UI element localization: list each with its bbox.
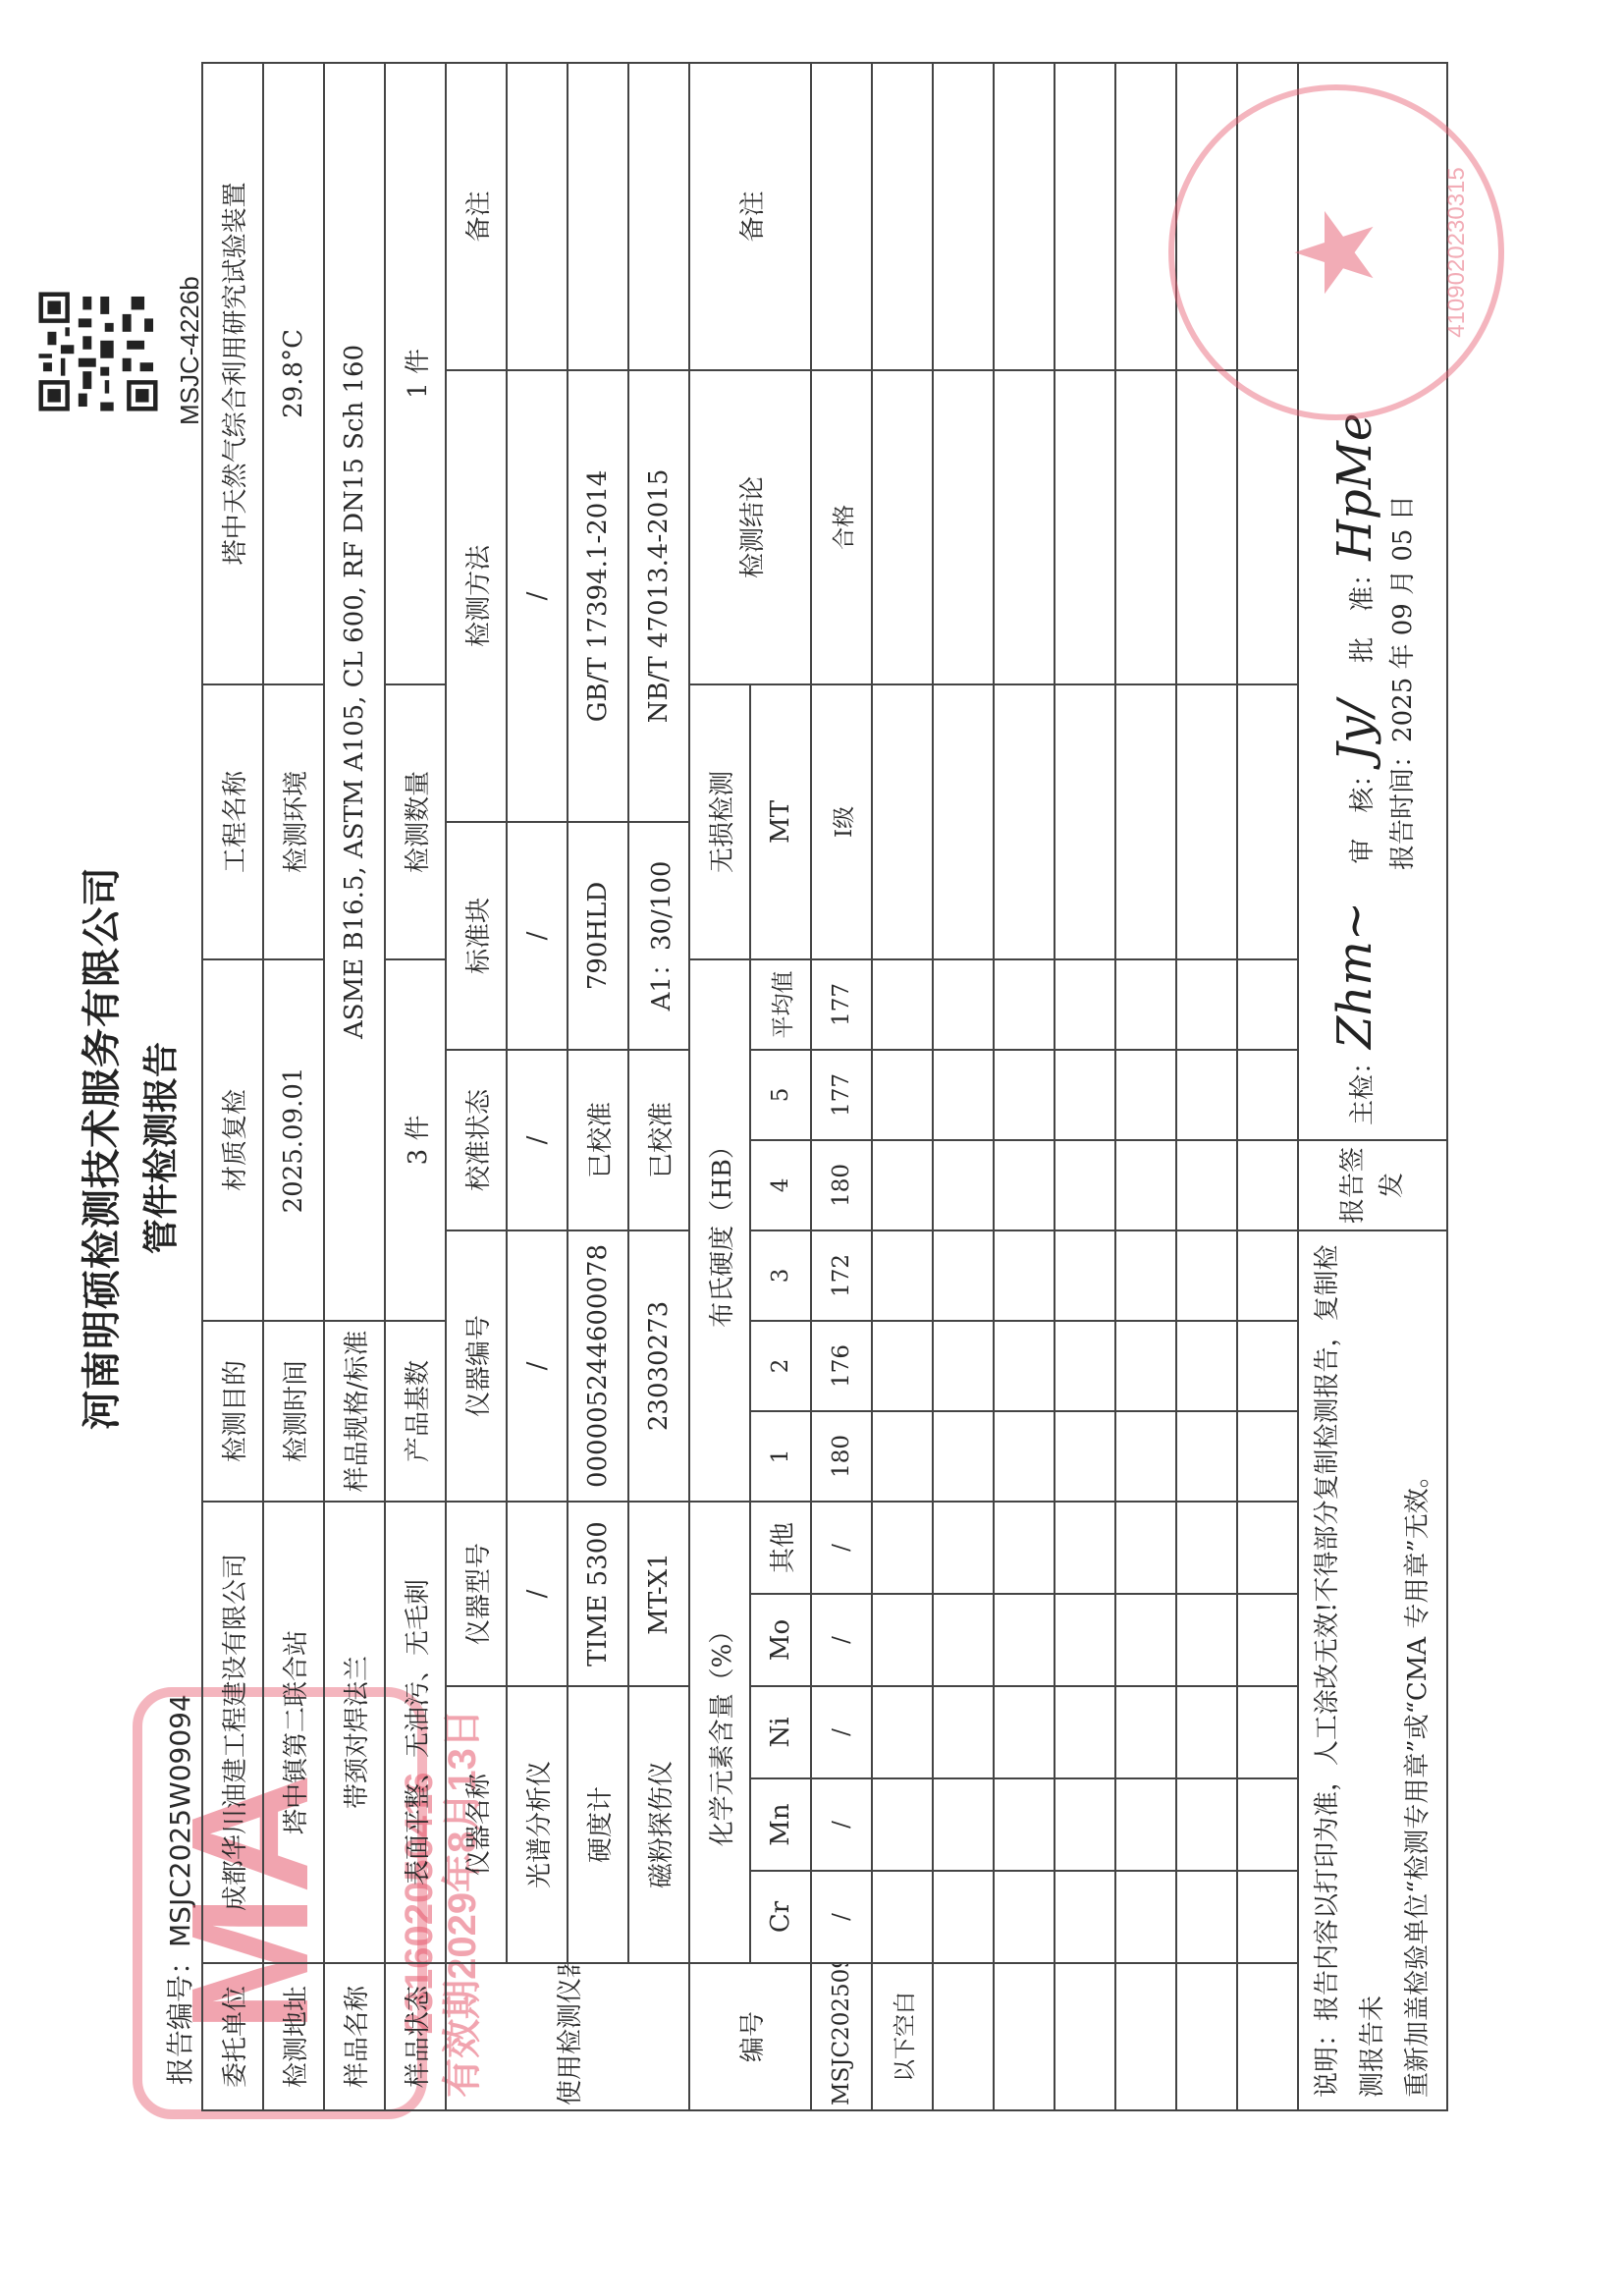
signature-cell: 主检：Zhm~ 审 核：Jy/ 批 准：HpMe 报告时间：2025 年 09 …: [1298, 63, 1447, 1140]
instrument-remark: [628, 63, 689, 370]
instrument-calibration: /: [507, 1050, 568, 1230]
hardness-point-4: 4: [750, 1140, 811, 1230]
instrument-model: MT-X1: [628, 1502, 689, 1686]
info-row-1: 委托单位 成都华川油建工程建设有限公司 检测目的 材质复检 工程名称 塔中天然气…: [202, 63, 263, 2110]
instrument-method: GB/T 17394.1-2014: [568, 370, 628, 822]
conclusion-header: 检测结论: [689, 370, 811, 684]
client-value: 成都华川油建工程建设有限公司: [202, 1502, 263, 1963]
instrument-header-row: 使用检测仪器 仪器名称 仪器型号 仪器编号 校准状态 标准块 检测方法 备注: [446, 63, 507, 2110]
hardness-average: 平均值: [750, 959, 811, 1050]
base-qty-label: 产品基数: [385, 1321, 446, 1502]
empty-row: [1237, 63, 1298, 2110]
instrument-remark: [568, 63, 628, 370]
instrument-remark: [507, 63, 568, 370]
result-row: MSJC202509094 / / / / / 180 176 172 180 …: [811, 63, 872, 2110]
hardness-point-5: 5: [750, 1050, 811, 1140]
instrument-row: 磁粉探伤仪 MT-X1 23030273 已校准 A1：30/100 NB/T …: [628, 63, 689, 2110]
environment-label: 检测环境: [263, 684, 324, 959]
chem-element-ni: Ni: [750, 1686, 811, 1778]
remark-value: [811, 63, 872, 370]
info-row-3: 样品名称 带颈对焊法兰 样品规格/标准 ASME B16.5, ASTM A10…: [324, 63, 385, 2110]
ndt-result: I级: [811, 684, 872, 959]
sample-name-label: 样品名称: [324, 1963, 385, 2110]
hardness-point-2: 2: [750, 1321, 811, 1411]
approver-label: 批 准：: [1348, 561, 1378, 663]
empty-row: [933, 63, 994, 2110]
report-number-value: MSJC2025W09094: [164, 1694, 196, 1947]
ndt-header: 无损检测: [689, 684, 750, 959]
report-time-value: 2025 年 09 月 05 日: [1388, 495, 1418, 742]
chem-element-other: 其他: [750, 1502, 811, 1594]
instrument-header-model: 仪器型号: [446, 1502, 507, 1686]
environment-value: 29.8°C: [263, 63, 324, 684]
instrument-header-block: 标准块: [446, 822, 507, 1050]
qr-code-icon: [34, 288, 162, 415]
date-label: 检测时间: [263, 1321, 324, 1502]
hardness-value-5: 177: [811, 1050, 872, 1140]
test-qty-label: 检测数量: [385, 684, 446, 959]
instruments-section-label: 使用检测仪器: [446, 1963, 689, 2110]
instrument-header-method: 检测方法: [446, 370, 507, 822]
issue-label: 报告签发: [1298, 1140, 1447, 1230]
instrument-model: /: [507, 1502, 568, 1686]
condition-label: 样品状态: [385, 1963, 446, 2110]
notes-cell: 说明：报告内容以打印为准，人工涂改无效!不得部分复制检测报告，复制检测报告未 重…: [1298, 1230, 1447, 2110]
empty-row: [1055, 63, 1115, 2110]
report-number: 报告编号：MSJC2025W09094: [159, 1694, 198, 2085]
hardness-point-1: 1: [750, 1411, 811, 1502]
condition-value: 表面平整、无油污、无毛刺: [385, 1502, 446, 1963]
chem-value-mo: /: [811, 1594, 872, 1686]
notes-line-1: 说明：报告内容以打印为准，人工涂改无效!不得部分复制检测报告，复制检测报告未: [1305, 1235, 1395, 2098]
instrument-header-calibration: 校准状态: [446, 1050, 507, 1230]
conclusion-value: 合格: [811, 370, 872, 684]
chem-element-mn: Mn: [750, 1778, 811, 1871]
chem-value-cr: /: [811, 1871, 872, 1963]
instrument-method: /: [507, 370, 568, 822]
approver-signature: HpMe: [1327, 413, 1382, 561]
report-page: 河南明硕检测技术服务有限公司 管件检测报告 报告编号：MSJC2025W0909…: [0, 0, 1623, 2296]
hardness-value-4: 180: [811, 1140, 872, 1230]
sample-id: MSJC202509094: [811, 1963, 872, 2110]
sample-name-value: 带颈对焊法兰: [324, 1502, 385, 1963]
instrument-name: 磁粉探伤仪: [628, 1686, 689, 1963]
instrument-method: NB/T 47013.4-2015: [628, 370, 689, 822]
instrument-row: 光谱分析仪 / / / / /: [507, 63, 568, 2110]
chem-element-mo: Mo: [750, 1594, 811, 1686]
blank-note-row: 以下空白: [872, 63, 933, 2110]
empty-row: [994, 63, 1055, 2110]
reviewer-label: 审 核：: [1348, 762, 1378, 864]
instrument-block: 790HLD: [568, 822, 628, 1050]
info-row-4: 样品状态 表面平整、无油污、无毛刺 产品基数 3 件 检测数量 1 件: [385, 63, 446, 2110]
blank-note: 以下空白: [872, 1963, 933, 2110]
date-value: 2025.09.01: [263, 959, 324, 1321]
hardness-value-2: 176: [811, 1321, 872, 1411]
reviewer-signature: Jy/: [1327, 700, 1382, 762]
inspector-label: 主检：: [1348, 1049, 1378, 1125]
report-table: 委托单位 成都华川油建工程建设有限公司 检测目的 材质复检 工程名称 塔中天然气…: [201, 62, 1448, 2111]
empty-row: [1176, 63, 1237, 2110]
hardness-value-3: 172: [811, 1230, 872, 1321]
ndt-method: MT: [750, 684, 811, 959]
results-header-row-1: 编号 化学元素含量（%） 布氏硬度（HB） 无损检测 检测结论 备注: [689, 63, 750, 2110]
info-row-2: 检测地址 塔中镇第二联合站 检测时间 2025.09.01 检测环境 29.8°…: [263, 63, 324, 2110]
test-qty-value: 1 件: [385, 63, 446, 684]
instrument-block: /: [507, 822, 568, 1050]
instrument-header-number: 仪器编号: [446, 1230, 507, 1502]
hardness-header: 布氏硬度（HB）: [689, 959, 750, 1502]
inspector-signature: Zhm~: [1327, 902, 1382, 1049]
instrument-header-remark: 备注: [446, 63, 507, 370]
report-number-label: 报告编号：: [164, 1947, 196, 2085]
remark-header: 备注: [689, 63, 811, 370]
base-qty-value: 3 件: [385, 959, 446, 1321]
hardness-value-1: 180: [811, 1411, 872, 1502]
report-time-label: 报告时间：: [1388, 742, 1418, 870]
instrument-calibration: 已校准: [568, 1050, 628, 1230]
instrument-name: 硬度计: [568, 1686, 628, 1963]
project-label: 工程名称: [202, 684, 263, 959]
site-label: 检测地址: [263, 1963, 324, 2110]
instrument-number: /: [507, 1230, 568, 1502]
purpose-value: 材质复检: [202, 959, 263, 1321]
chem-element-cr: Cr: [750, 1871, 811, 1963]
instrument-header-name: 仪器名称: [446, 1686, 507, 1963]
project-value: 塔中天然气综合利用研究试验装置: [202, 63, 263, 684]
empty-row: [1115, 63, 1176, 2110]
purpose-label: 检测目的: [202, 1321, 263, 1502]
footer-row: 说明：报告内容以打印为准，人工涂改无效!不得部分复制检测报告，复制检测报告未 重…: [1298, 63, 1447, 2110]
hardness-point-3: 3: [750, 1230, 811, 1321]
spec-label: 样品规格/标准: [324, 1321, 385, 1502]
chem-value-mn: /: [811, 1778, 872, 1871]
client-label: 委托单位: [202, 1963, 263, 2110]
chem-value-other: /: [811, 1502, 872, 1594]
id-header: 编号: [689, 1963, 811, 2110]
notes-line-2: 重新加盖检验单位“检测专用章”或“CMA 专用章”无效。: [1395, 1235, 1440, 2098]
instrument-number: 000005244600078: [568, 1230, 628, 1502]
instrument-model: TIME 5300: [568, 1502, 628, 1686]
instrument-row: 硬度计 TIME 5300 000005244600078 已校准 790HLD…: [568, 63, 628, 2110]
instrument-number: 23030273: [628, 1230, 689, 1502]
chem-header: 化学元素含量（%）: [689, 1502, 750, 1963]
spec-value: ASME B16.5, ASTM A105, CL 600, RF DN15 S…: [324, 63, 385, 1321]
instrument-block: A1：30/100: [628, 822, 689, 1050]
instrument-calibration: 已校准: [628, 1050, 689, 1230]
site-value: 塔中镇第二联合站: [263, 1502, 324, 1963]
instrument-name: 光谱分析仪: [507, 1686, 568, 1963]
hardness-value-average: 177: [811, 959, 872, 1050]
chem-value-ni: /: [811, 1686, 872, 1778]
